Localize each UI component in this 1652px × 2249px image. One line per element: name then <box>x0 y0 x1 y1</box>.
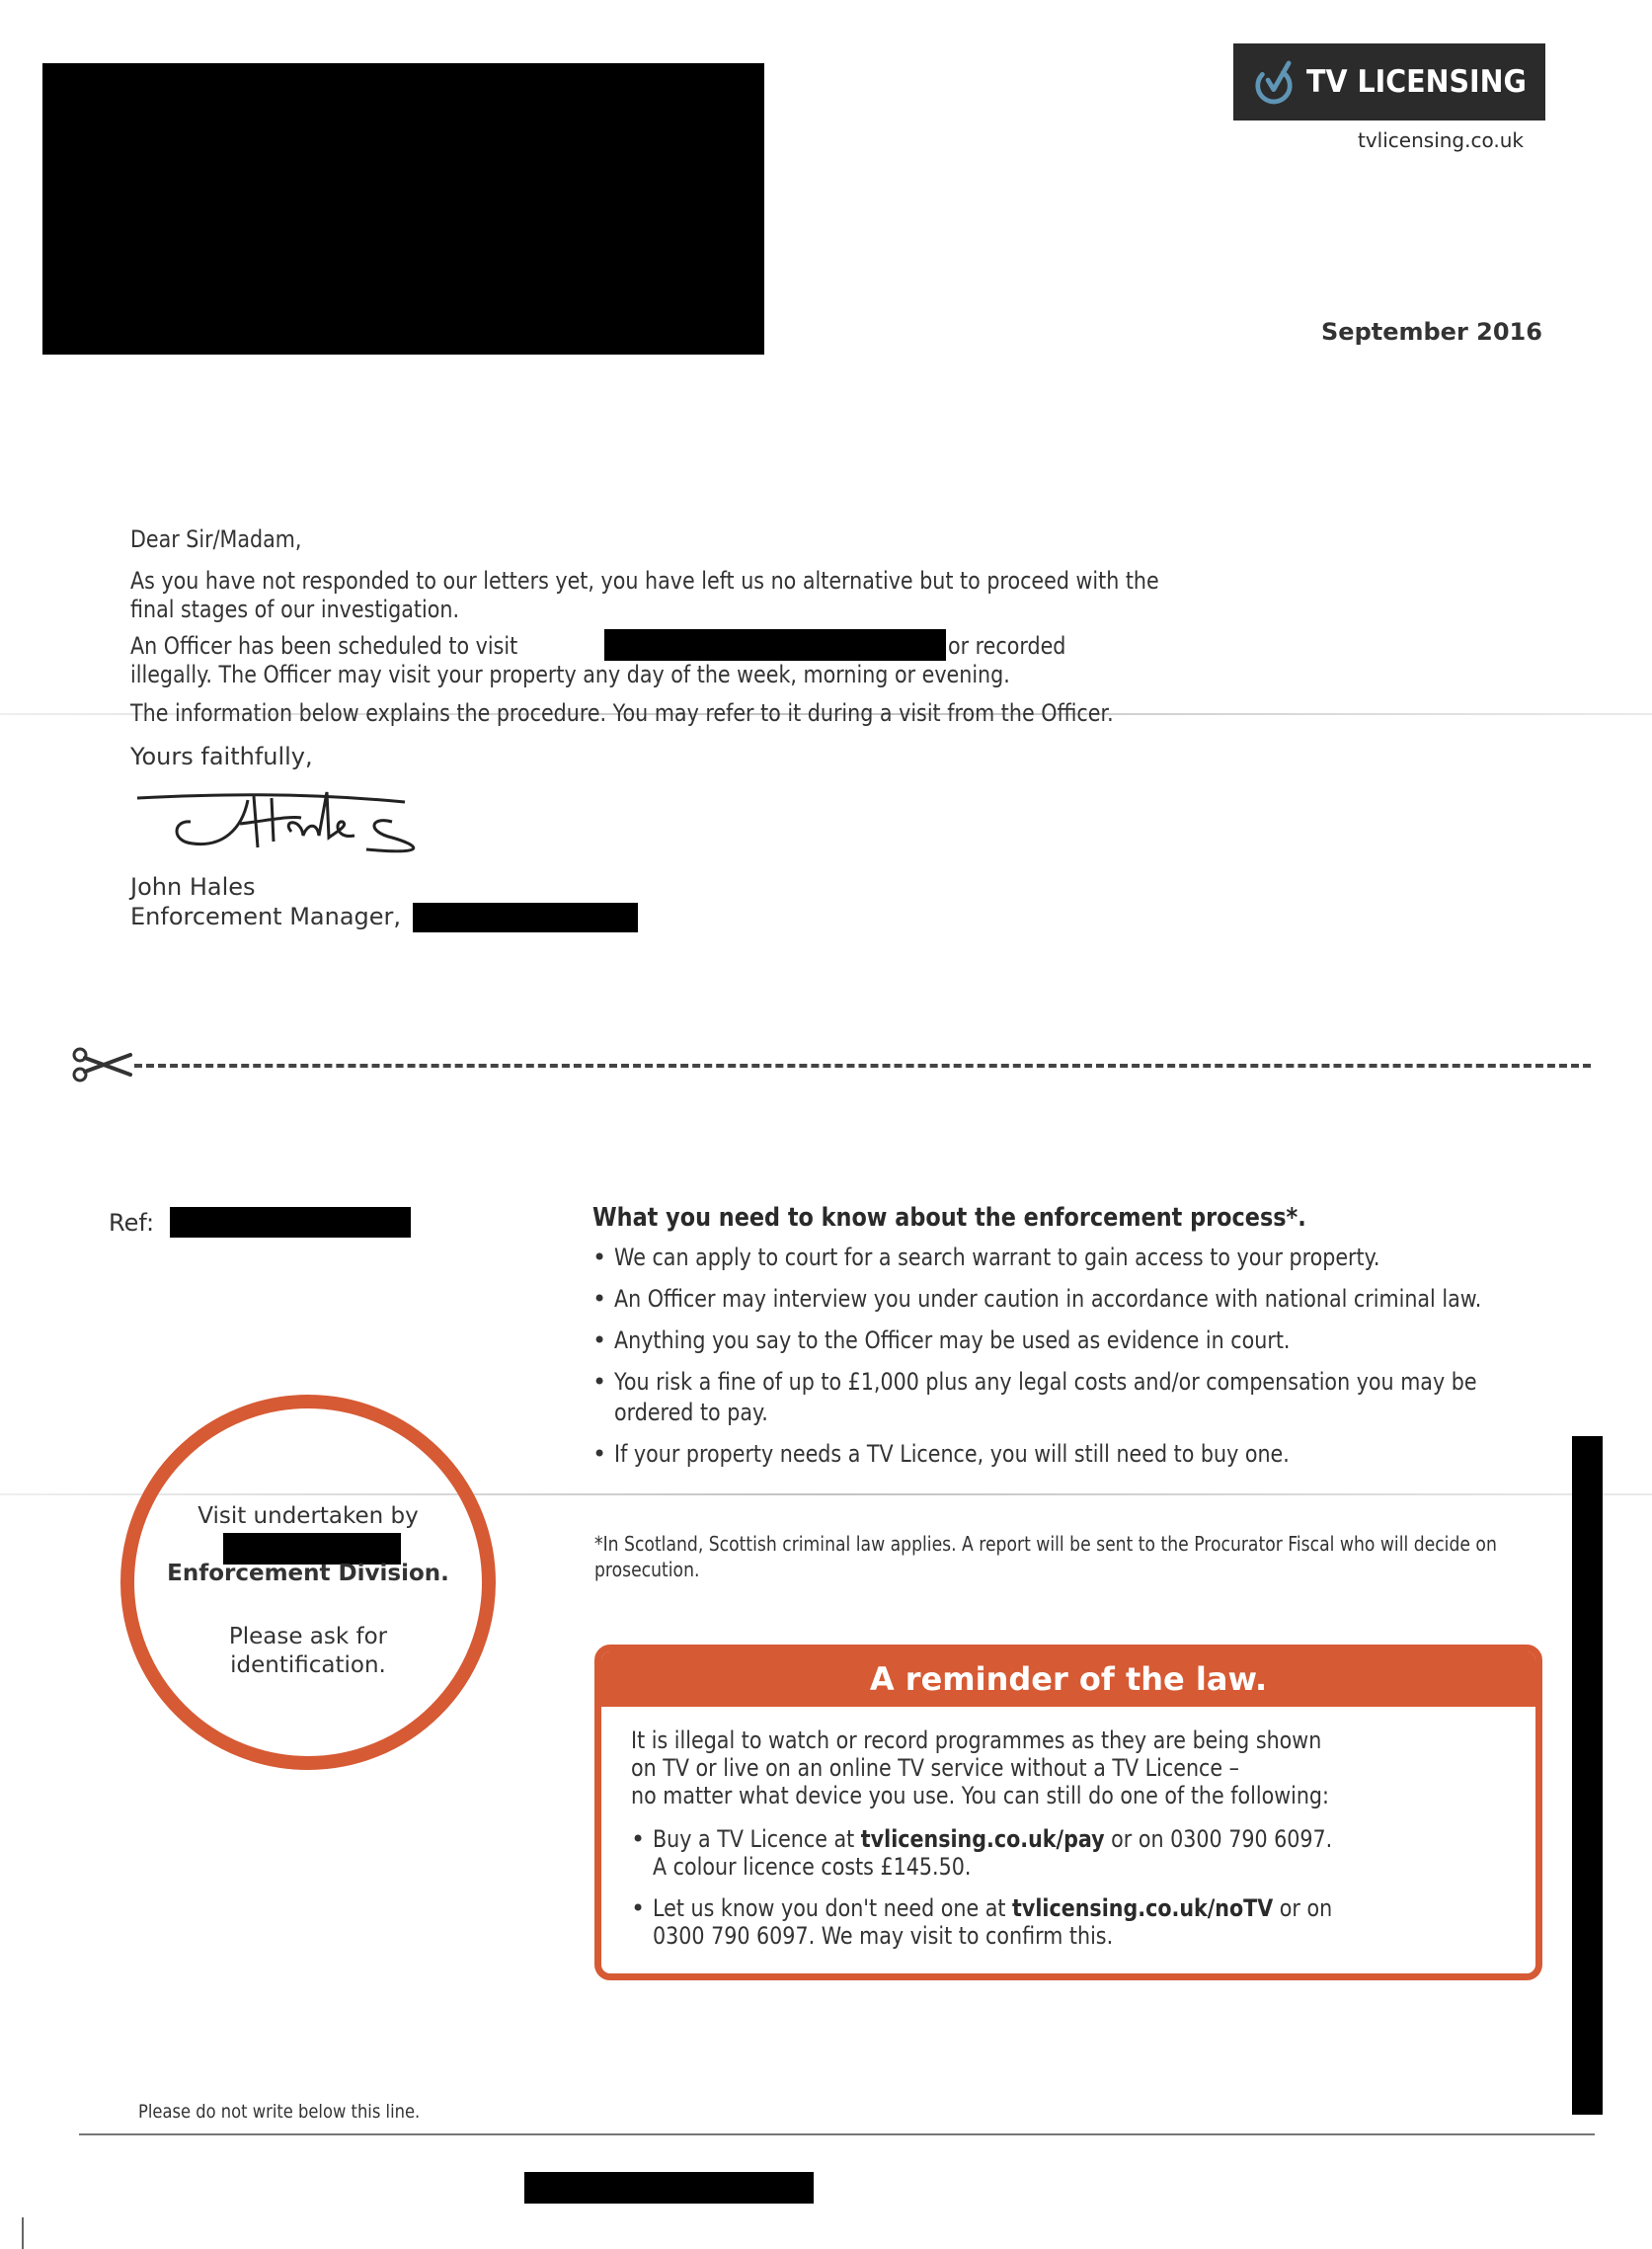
law-options: Buy a TV Licence at tvlicensing.co.uk/pa… <box>631 1825 1520 1964</box>
bullet-item: An Officer may interview you under cauti… <box>592 1284 1540 1315</box>
cut-line <box>134 1064 1591 1068</box>
signer-name: John Hales <box>130 873 256 902</box>
option-text: or on 0300 790 6097. <box>1105 1825 1333 1853</box>
option-text: 0300 790 6097. We may visit to confirm t… <box>653 1922 1113 1950</box>
enforcement-heading: What you need to know about the enforcem… <box>592 1203 1422 1233</box>
footnote-text: *In Scotland, Scottish criminal law appl… <box>594 1531 1520 1582</box>
option-text: Buy a TV Licence at <box>653 1825 861 1853</box>
law-intro-line: no matter what device you use. You can s… <box>631 1782 1329 1809</box>
law-intro: It is illegal to watch or record program… <box>631 1727 1520 1809</box>
licence-cost-text: A colour licence costs £145.50. <box>653 1853 971 1881</box>
footer-note-text: Please do not write below this line. <box>138 2101 420 2123</box>
signer-title: Enforcement Manager, <box>130 903 401 931</box>
redacted-reference <box>170 1207 411 1238</box>
scan-edge-mark <box>22 2217 24 2249</box>
stamp-identification-line-1: Please ask for <box>229 1624 387 1649</box>
scissors-icon <box>69 1045 132 1084</box>
option-buy-licence: Buy a TV Licence at tvlicensing.co.uk/pa… <box>631 1825 1520 1881</box>
logo-text: TV LICENSING <box>1306 64 1527 100</box>
stamp-identification-text: Please ask for identification. <box>120 1623 496 1680</box>
paragraph-1-line-1: As you have not responded to our letters… <box>130 567 1159 596</box>
footer-divider <box>79 2133 1595 2135</box>
enforcement-bullets: We can apply to court for a search warra… <box>592 1243 1540 1481</box>
option-text: Let us know you don't need one at <box>653 1894 1012 1922</box>
checkmark-power-icon <box>1249 56 1298 108</box>
enforcement-heading-text: What you need to know about the enforcem… <box>592 1203 1306 1233</box>
option-no-tv: Let us know you don't need one at tvlice… <box>631 1894 1520 1950</box>
redacted-address <box>42 63 764 355</box>
stamp-identification-line-2: identification. <box>230 1652 386 1678</box>
letter-date: September 2016 <box>1321 318 1542 346</box>
paragraph-3-text: The information below explains the proce… <box>130 699 1114 728</box>
no-tv-link[interactable]: tvlicensing.co.uk/noTV <box>1012 1894 1273 1922</box>
bullet-item: You risk a fine of up to £1,000 plus any… <box>592 1367 1540 1428</box>
salutation-text: Dear Sir/Madam, <box>130 525 301 554</box>
salutation: Dear Sir/Madam, <box>130 525 330 554</box>
ref-label: Ref: <box>109 1209 154 1237</box>
paragraph-1-line-2: final stages of our investigation. <box>130 596 459 624</box>
law-intro-line: on TV or live on an online TV service wi… <box>631 1754 1239 1782</box>
bullet-item: Anything you say to the Officer may be u… <box>592 1325 1540 1356</box>
redacted-barcode <box>1572 1436 1603 2115</box>
redacted-region <box>413 903 638 932</box>
bullet-item: We can apply to court for a search warra… <box>592 1243 1540 1273</box>
law-reminder-box: A reminder of the law. It is illegal to … <box>594 1645 1542 1980</box>
law-reminder-title: A reminder of the law. <box>601 1651 1535 1707</box>
closing: Yours faithfully, <box>130 743 313 771</box>
signature-image <box>133 780 469 859</box>
tv-licensing-logo: TV LICENSING <box>1233 43 1545 120</box>
option-text: or on <box>1273 1894 1332 1922</box>
paragraph-3: The information below explains the proce… <box>130 699 1274 728</box>
law-intro-line: It is illegal to watch or record program… <box>631 1727 1321 1754</box>
pay-link[interactable]: tvlicensing.co.uk/pay <box>861 1825 1105 1853</box>
stamp-visit-text: Visit undertaken by <box>120 1503 496 1529</box>
redacted-visit-address <box>604 629 946 661</box>
paragraph-2-before: An Officer has been scheduled to visit <box>130 632 517 661</box>
paragraph-2-line-2: illegally. The Officer may visit your pr… <box>130 661 1010 689</box>
website-url[interactable]: tvlicensing.co.uk <box>1358 128 1524 152</box>
bullet-item: If your property needs a TV Licence, you… <box>592 1439 1540 1470</box>
scotland-footnote: *In Scotland, Scottish criminal law appl… <box>594 1531 1523 1582</box>
paragraph-1: As you have not responded to our letters… <box>130 567 1326 624</box>
stamp-division-text: Enforcement Division. <box>120 1561 496 1586</box>
redacted-code <box>524 2172 814 2204</box>
footer-note: Please do not write below this line. <box>138 2101 466 2123</box>
